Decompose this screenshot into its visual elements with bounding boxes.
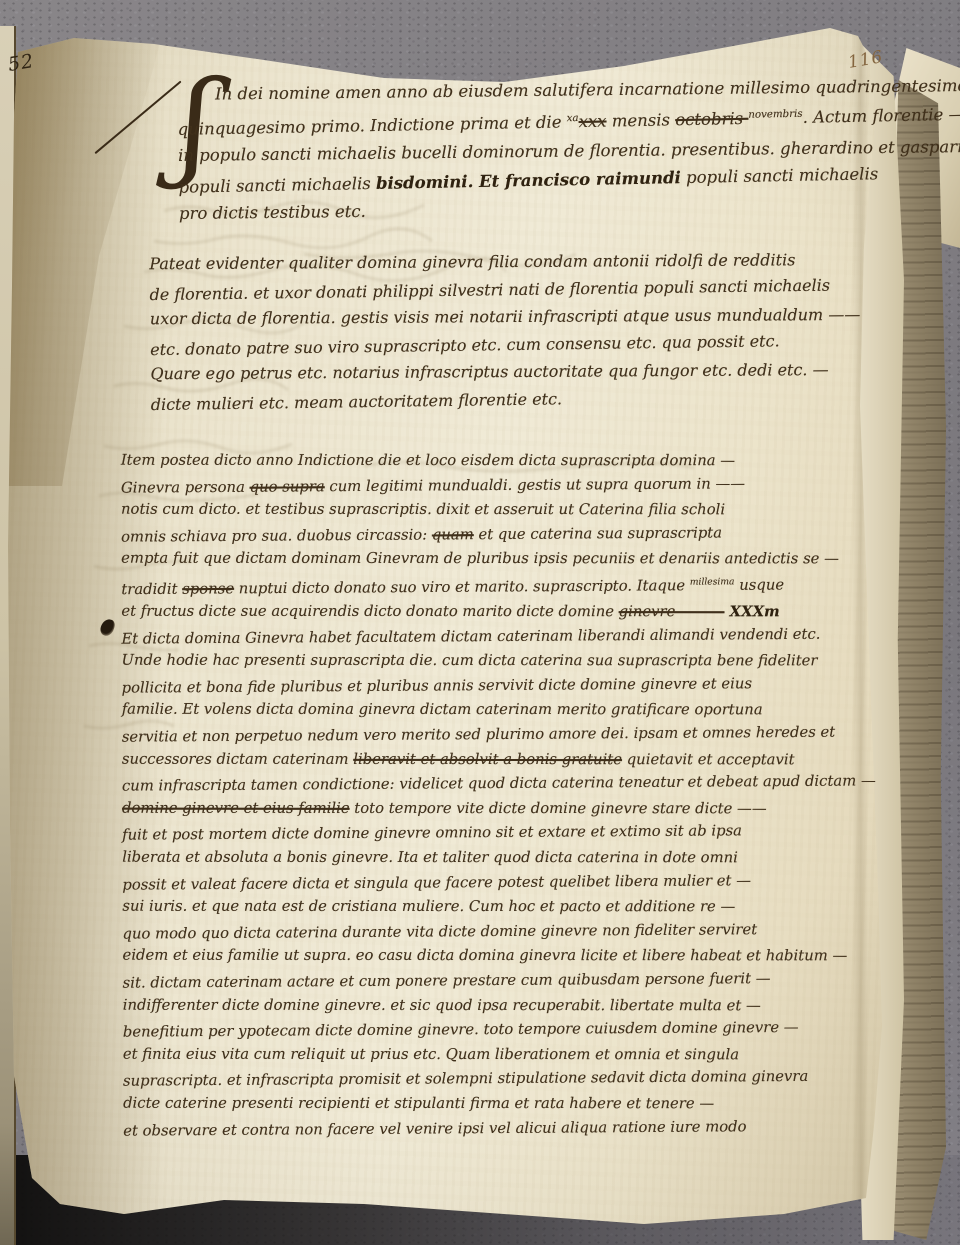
manuscript-segment: populi sancti michaelis bbox=[178, 174, 376, 197]
manuscript-line: sit. dictam caterinam actare et cum pone… bbox=[123, 966, 873, 996]
manuscript-segment-strike: xxx bbox=[578, 112, 606, 132]
manuscript-segment: quietavit et acceptavit bbox=[622, 751, 795, 768]
manuscript-line: notis cum dicto. et testibus suprascript… bbox=[121, 498, 871, 523]
manuscript-segment-strike: quo supra bbox=[250, 478, 325, 496]
manuscript-segment-sup: novembris bbox=[748, 109, 802, 121]
manuscript-line: fuit et post mortem dicte domine ginevre… bbox=[122, 819, 872, 849]
manuscript-segment: eidem et eius familie ut supra. eo casu … bbox=[123, 947, 848, 965]
manuscript-segment: populi sancti michaelis bbox=[681, 164, 879, 187]
manuscript-line: et fructus dicte sue acquirendis dicto d… bbox=[121, 600, 871, 625]
manuscript-segment: Pateat evidenter qualiter domina ginevra… bbox=[149, 250, 795, 273]
manuscript-segment-bold: XXXm bbox=[724, 603, 779, 620]
manuscript-segment: et finita eius vita cum reliquit ut priu… bbox=[123, 1045, 739, 1063]
manuscript-segment: dicte caterine presenti recipienti et st… bbox=[123, 1095, 714, 1113]
manuscript-segment: quo modo quo dicta caterina durante vita… bbox=[122, 921, 757, 942]
manuscript-segment: sit. dictam caterinam actare et cum pone… bbox=[123, 970, 771, 992]
manuscript-segment: successores dictam caterinam bbox=[122, 750, 353, 767]
manuscript-segment: Ginevra persona bbox=[121, 478, 250, 496]
manuscript-segment: indifferenter dicte domine ginevre. et s… bbox=[123, 996, 761, 1014]
manuscript-segment: familie. Et volens dicta domina ginevra … bbox=[122, 701, 763, 719]
manuscript-line: empta fuit que dictam dominam Ginevram d… bbox=[121, 547, 871, 572]
manuscript-segment: usque bbox=[734, 576, 784, 593]
manuscript-segment: et que caterina sua suprascripta bbox=[474, 524, 722, 543]
manuscript-segment: toto tempore vite dicte domine ginevre s… bbox=[350, 800, 767, 817]
manuscript-line: et finita eius vita cum reliquit ut priu… bbox=[123, 1042, 873, 1067]
manuscript-segment: empta fuit que dictam dominam Ginevram d… bbox=[121, 550, 839, 568]
manuscript-line: domine ginevre et eius familie toto temp… bbox=[122, 796, 872, 821]
manuscript-segment: omnis schiava pro sua. duobus circassio: bbox=[121, 526, 432, 545]
manuscript-line: familie. Et volens dicta domina ginevra … bbox=[122, 698, 872, 723]
manuscript-segment: Item postea dicto anno Indictione die et… bbox=[121, 452, 735, 470]
manuscript-line: sui iuris. et que nata est de cristiana … bbox=[122, 895, 872, 920]
manuscript-segment: et fructus dicte sue acquirendis dicto d… bbox=[121, 603, 618, 620]
manuscript-segment: etc. donato patre suo viro suprascripto … bbox=[150, 331, 780, 359]
manuscript-segment-strike: sponse bbox=[182, 580, 234, 597]
manuscript-line: omnis schiava pro sua. duobus circassio:… bbox=[121, 520, 871, 550]
manuscript-segment-strike: quam bbox=[432, 526, 474, 543]
manuscript-segment: suprascripta. et infrascripta promisit e… bbox=[123, 1068, 808, 1090]
manuscript-line: pollicita et bona fide pluribus et pluri… bbox=[122, 671, 872, 701]
manuscript-segment: Unde hodie hac presenti suprascripta die… bbox=[122, 652, 818, 670]
manuscript-segment: servitia et non perpetuo nedum vero meri… bbox=[122, 724, 836, 746]
manuscript-segment: Et dicta domina Ginevra habet facultatem… bbox=[121, 625, 820, 647]
manuscript-segment: nuptui dicto donato suo viro et marito. … bbox=[234, 577, 690, 597]
manuscript-line: eidem et eius familie ut supra. eo casu … bbox=[123, 944, 873, 969]
manuscript-segment-strike: liberavit et absolvit a bonis gratuite bbox=[353, 750, 622, 767]
paragraph-invocation: In dei nomine amen anno ab eiusdem salut… bbox=[177, 71, 879, 230]
manuscript-segment: pollicita et bona fide pluribus et pluri… bbox=[122, 675, 753, 696]
manuscript-segment: dicte mulieri etc. meam auctoritatem flo… bbox=[151, 389, 563, 414]
manuscript-segment: . Actum florentie —— bbox=[802, 104, 960, 126]
manuscript-photo: ʃ 52 116 In dei nomine amen anno ab eius… bbox=[0, 0, 960, 1245]
manuscript-segment: possit et valeat facere dicta et singula… bbox=[122, 872, 751, 893]
manuscript-line: Ginevra persona quo supra cum legitimi m… bbox=[121, 471, 871, 501]
manuscript-segment: sui iuris. et que nata est de cristiana … bbox=[122, 898, 735, 916]
manuscript-segment: tradidit bbox=[121, 581, 182, 598]
manuscript-line: servitia et non perpetuo nedum vero meri… bbox=[122, 720, 872, 750]
manuscript-segment: de florentia. et uxor donati philippi si… bbox=[149, 275, 830, 303]
paragraph-manumission: Item postea dicto anno Indictione die et… bbox=[121, 448, 873, 1143]
manuscript-line: liberata et absoluta a bonis ginevre. It… bbox=[122, 846, 872, 871]
manuscript-line: successores dictam caterinam liberavit e… bbox=[122, 747, 872, 772]
manuscript-line: cum infrascripta tamen condictione: vide… bbox=[122, 770, 872, 800]
manuscript-segment-strike: domine ginevre et eius familie bbox=[122, 799, 350, 816]
manuscript-line: dicte caterine presenti recipienti et st… bbox=[123, 1092, 873, 1117]
manuscript-segment-bold: bisdomini. Et francisco raimundi bbox=[376, 168, 681, 193]
manuscript-segment: benefitium per ypotecam dicte domine gin… bbox=[123, 1019, 799, 1041]
manuscript-line: tradidit sponse nuptui dicto donato suo … bbox=[121, 569, 871, 602]
manuscript-segment: pro dictis testibus etc. bbox=[179, 202, 366, 223]
manuscript-line: benefitium per ypotecam dicte domine gin… bbox=[123, 1016, 873, 1046]
manuscript-segment: uxor dicta de florentia. gestis visis me… bbox=[150, 305, 861, 328]
manuscript-line: Unde hodie hac presenti suprascripta die… bbox=[122, 649, 872, 674]
manuscript-segment: notis cum dicto. et testibus suprascript… bbox=[121, 501, 725, 519]
manuscript-line: Et dicta domina Ginevra habet facultatem… bbox=[121, 622, 871, 652]
manuscript-line: quo modo quo dicta caterina durante vita… bbox=[122, 917, 872, 947]
manuscript-line: indifferenter dicte domine ginevre. et s… bbox=[123, 993, 873, 1018]
margin-number: 52 bbox=[6, 50, 35, 76]
manuscript-segment: et observare et contra non facere vel ve… bbox=[123, 1118, 746, 1139]
manuscript-line: Item postea dicto anno Indictione die et… bbox=[121, 449, 871, 474]
manuscript-segment: liberata et absoluta a bonis ginevre. It… bbox=[122, 849, 738, 867]
paragraph-mundualdus: Pateat evidenter qualiter domina ginevra… bbox=[149, 244, 881, 417]
manuscript-line: et observare et contra non facere vel ve… bbox=[123, 1114, 873, 1144]
manuscript-segment-sup: xa bbox=[567, 113, 579, 124]
manuscript-segment-strike: ginevre ——— bbox=[619, 603, 725, 620]
manuscript-line: possit et valeat facere dicta et singula… bbox=[122, 868, 872, 898]
manuscript-segment: quinquagesimo primo. Indictione prima et… bbox=[177, 112, 566, 138]
manuscript-segment: cum infrascripta tamen condictione: vide… bbox=[122, 773, 876, 795]
manuscript-segment: mensis bbox=[606, 110, 675, 130]
manuscript-segment-strike: octobris bbox=[675, 109, 749, 129]
manuscript-segment: fuit et post mortem dicte domine ginevre… bbox=[122, 823, 742, 844]
manuscript-segment: cum legitimi mundualdi. gestis ut supra … bbox=[325, 475, 745, 495]
manuscript-segment: Quare ego petrus etc. notarius infrascri… bbox=[150, 360, 828, 383]
manuscript-segment-sup: millesima bbox=[690, 576, 735, 587]
manuscript-line: suprascripta. et infrascripta promisit e… bbox=[123, 1065, 873, 1095]
